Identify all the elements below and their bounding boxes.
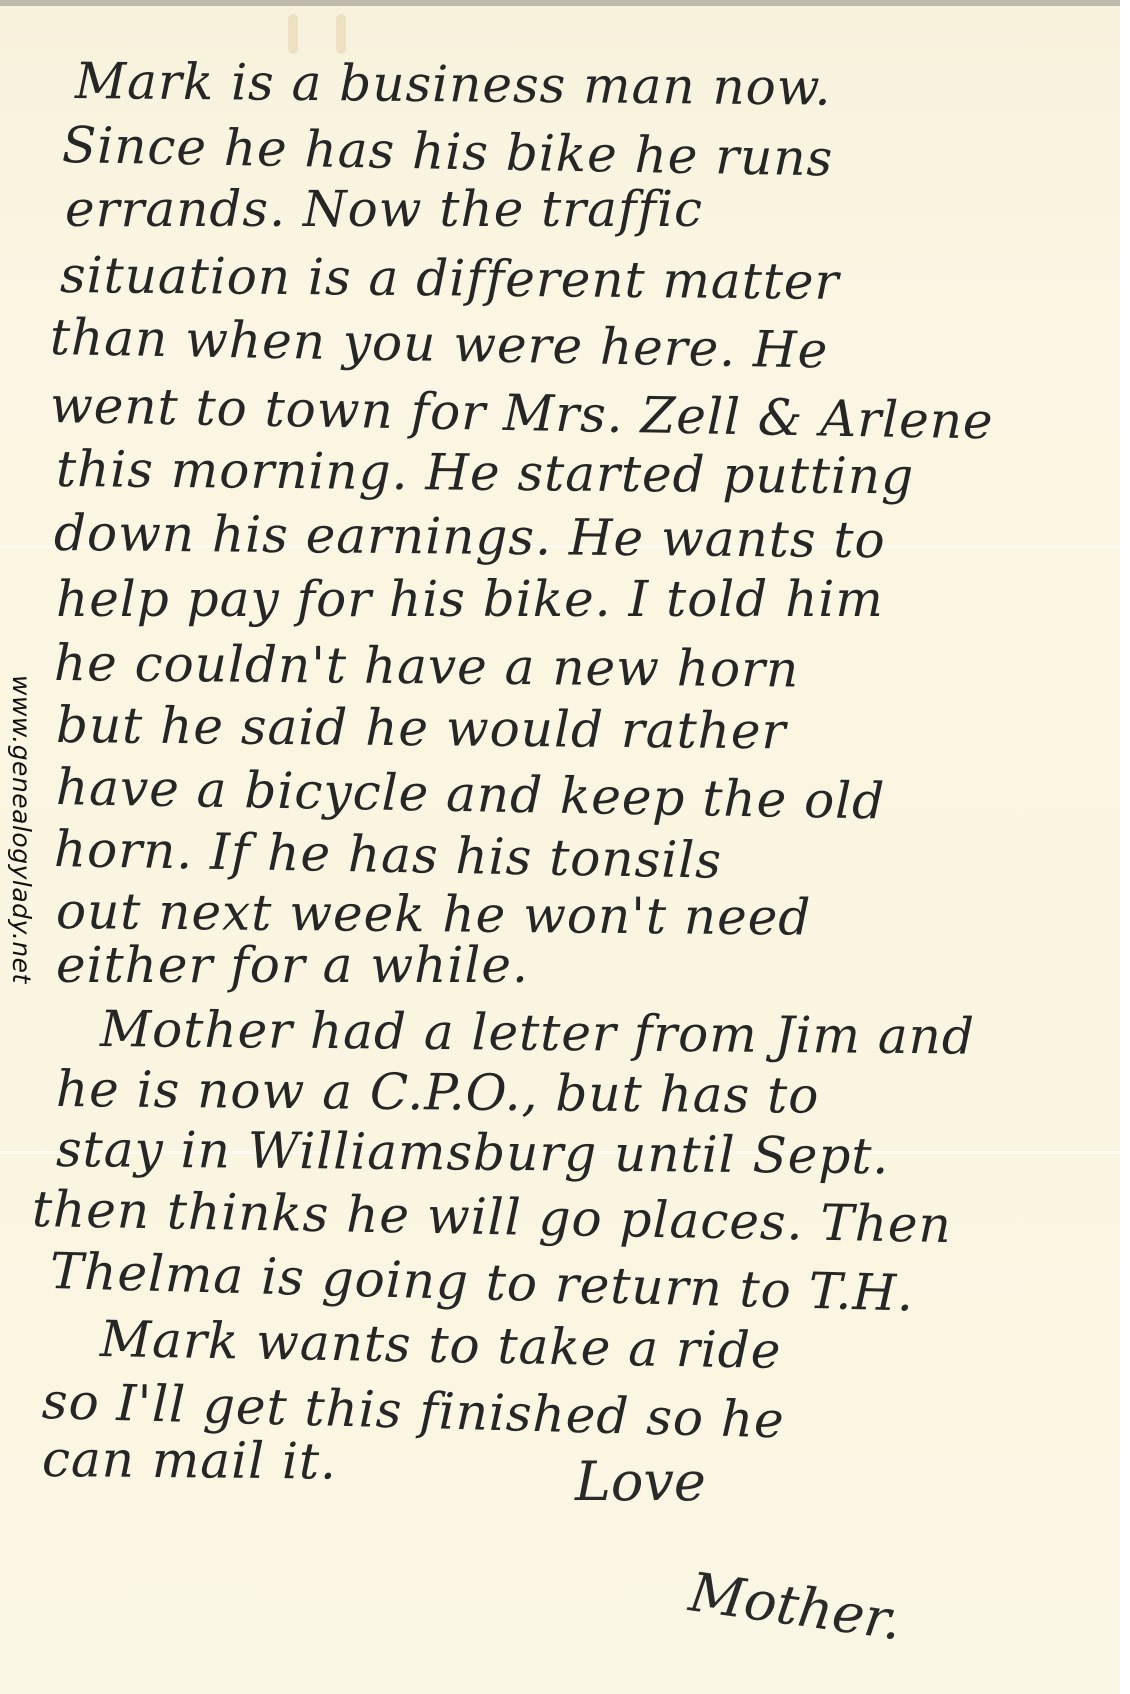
scan-edge <box>0 0 1120 6</box>
letter-line: went to town for Mrs. Zell & Arlene <box>49 376 994 450</box>
letter-line: but he said he would rather <box>56 696 787 760</box>
letter-line: can mail it. <box>42 1430 337 1491</box>
letter-line: either for a while. <box>56 936 529 994</box>
letter-line: stay in Williamsburg until Sept. <box>56 1120 890 1185</box>
letter-line: he couldn't have a new horn <box>54 634 800 699</box>
letter-line: Mother had a letter from Jim and <box>100 1000 975 1066</box>
letter-line: errands. Now the traffic <box>65 180 703 238</box>
letter-line: help pay for his bike. I told him <box>56 570 884 628</box>
letter-line: than when you were here. He <box>49 308 828 380</box>
letter-line: this morning. He started putting <box>56 440 915 505</box>
paper-stain <box>288 14 298 54</box>
letter-line: Mark wants to take a ride <box>99 1310 781 1380</box>
letter-closing: Love <box>575 1450 706 1513</box>
letter-line: have a bicycle and keep the old <box>55 758 885 830</box>
letter-line: Since he has his bike he runs <box>61 116 833 187</box>
letter-line: then thinks he will go places. Then <box>31 1180 952 1254</box>
watermark: www.genealogylady.net <box>7 675 36 984</box>
letter-line: horn. If he has his tonsils <box>53 820 722 890</box>
letter-signature: Mother. <box>686 1560 906 1652</box>
letter-line: situation is a different matter <box>60 246 840 311</box>
letter-line: down his earnings. He wants to <box>54 504 886 569</box>
letter-line: he is now a C.P.O., but has to <box>56 1060 820 1125</box>
paper-stain <box>336 14 346 54</box>
letter-line: Mark is a business man now. <box>75 52 832 117</box>
letter-paper: Mark is a business man now. Since he has… <box>0 0 1120 1694</box>
